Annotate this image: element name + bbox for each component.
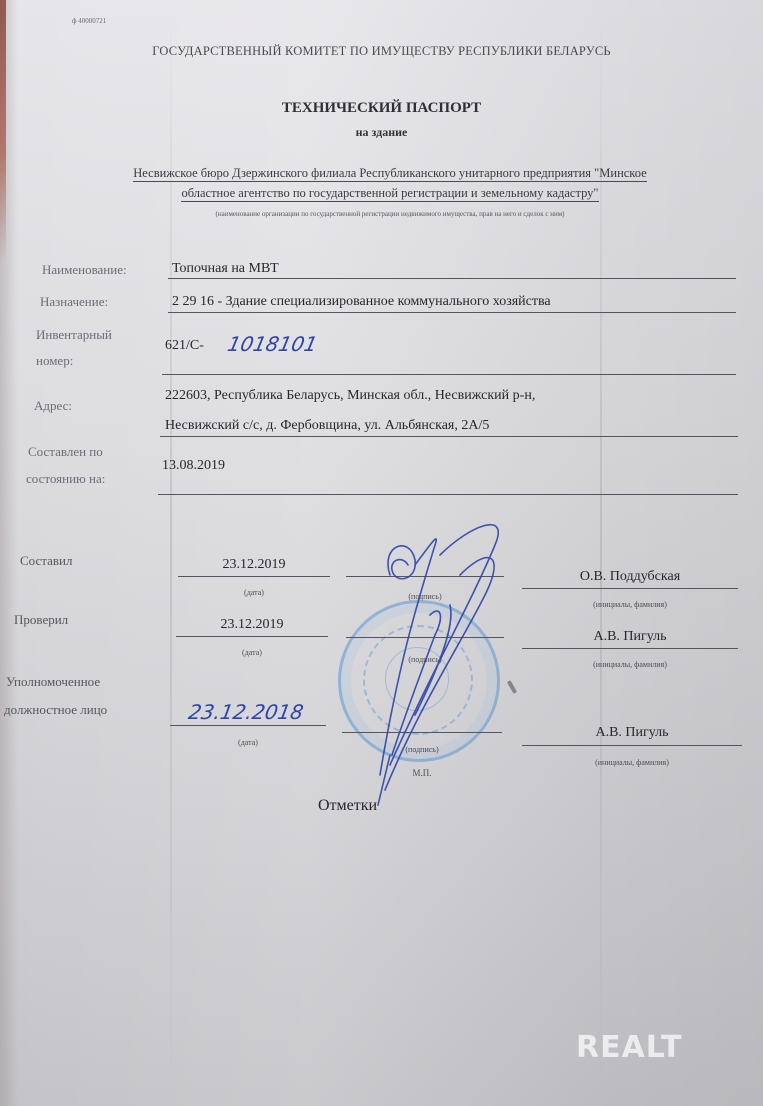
authorized-date-line: [170, 725, 326, 726]
committee-heading: ГОСУДАРСТВЕННЫЙ КОМИТЕТ ПО ИМУЩЕСТВУ РЕС…: [0, 44, 763, 59]
address-line-2: Несвижский с/с, д. Фербовщина, ул. Альбя…: [165, 418, 489, 434]
paper-mark: [507, 680, 517, 694]
compiled-name-caption: (инициалы, фамилия): [522, 600, 738, 609]
authorized-date-handwritten: 23.12.2018: [168, 700, 324, 724]
checked-sign-caption: (подпись): [346, 655, 504, 664]
checked-name: А.В. Пигуль: [522, 629, 738, 645]
name-underline: [168, 278, 736, 279]
address-line-1: 222603, Республика Беларусь, Минская обл…: [165, 388, 535, 404]
name-value: Топочная на МВТ: [172, 261, 279, 277]
checked-name-line: [522, 648, 738, 649]
inventory-handwritten-number: 1018101: [225, 332, 319, 356]
purpose-label: Назначение:: [40, 294, 108, 310]
checked-date-caption: (дата): [176, 648, 328, 657]
authorized-label-2: должностное лицо: [4, 702, 107, 718]
compiled-label: Составил: [20, 553, 72, 569]
inventory-label-2: номер:: [36, 353, 73, 369]
authorized-sign-line: [342, 732, 502, 733]
as-of-underline: [158, 494, 738, 495]
purpose-underline: [168, 312, 736, 313]
document-page: ф 40000721 ГОСУДАРСТВЕННЫЙ КОМИТЕТ ПО ИМ…: [0, 0, 763, 1106]
checked-sign-line: [346, 637, 504, 638]
authorized-name-line: [522, 745, 742, 746]
compiled-sign-caption: (подпись): [346, 592, 504, 601]
inventory-label-1: Инвентарный: [36, 327, 112, 343]
authorized-sign-caption: (подпись): [342, 745, 502, 754]
authorized-name: А.В. Пигуль: [522, 725, 742, 741]
as-of-value: 13.08.2019: [162, 458, 225, 474]
compiled-date-caption: (дата): [178, 588, 330, 597]
checked-date-line: [176, 636, 328, 637]
as-of-label-1: Составлен по: [28, 444, 103, 460]
organization-line-2: областное агентство по государственной р…: [60, 186, 720, 201]
inventory-underline: [162, 374, 736, 375]
marks-heading: Отметки: [318, 797, 377, 815]
compiled-name-line: [522, 588, 738, 589]
address-label: Адрес:: [34, 398, 72, 414]
inventory-prefix: 621/С-: [165, 338, 204, 354]
name-label: Наименование:: [42, 262, 127, 278]
seal-caption: М.П.: [342, 768, 502, 778]
address-underline: [160, 436, 738, 437]
official-stamp: [338, 600, 500, 762]
authorized-date-caption: (дата): [170, 738, 326, 747]
authorized-name-caption: (инициалы, фамилия): [522, 758, 742, 767]
authorized-label-1: Уполномоченное: [6, 674, 100, 690]
document-title: ТЕХНИЧЕСКИЙ ПАСПОРТ: [0, 100, 763, 117]
checked-date: 23.12.2019: [176, 617, 328, 633]
form-number: ф 40000721: [72, 17, 106, 25]
checked-label: Проверил: [14, 612, 68, 628]
compiled-sign-line: [346, 576, 504, 577]
compiled-name: О.В. Поддубская: [522, 569, 738, 585]
organization-line-1: Несвижское бюро Дзержинского филиала Рес…: [60, 166, 720, 181]
organization-text-1: Несвижское бюро Дзержинского филиала Рес…: [133, 166, 646, 182]
purpose-value: 2 29 16 - Здание специализированное комм…: [172, 294, 551, 310]
document-subtitle: на здание: [0, 125, 763, 140]
organization-text-2: областное агентство по государственной р…: [181, 186, 598, 202]
as-of-label-2: состоянию на:: [26, 471, 105, 487]
compiled-date-line: [178, 576, 330, 577]
checked-name-caption: (инициалы, фамилия): [522, 660, 738, 669]
organization-caption: (наименование организации по государстве…: [60, 210, 720, 218]
realt-watermark-logo: REALT: [576, 1030, 682, 1065]
compiled-date: 23.12.2019: [178, 557, 330, 573]
